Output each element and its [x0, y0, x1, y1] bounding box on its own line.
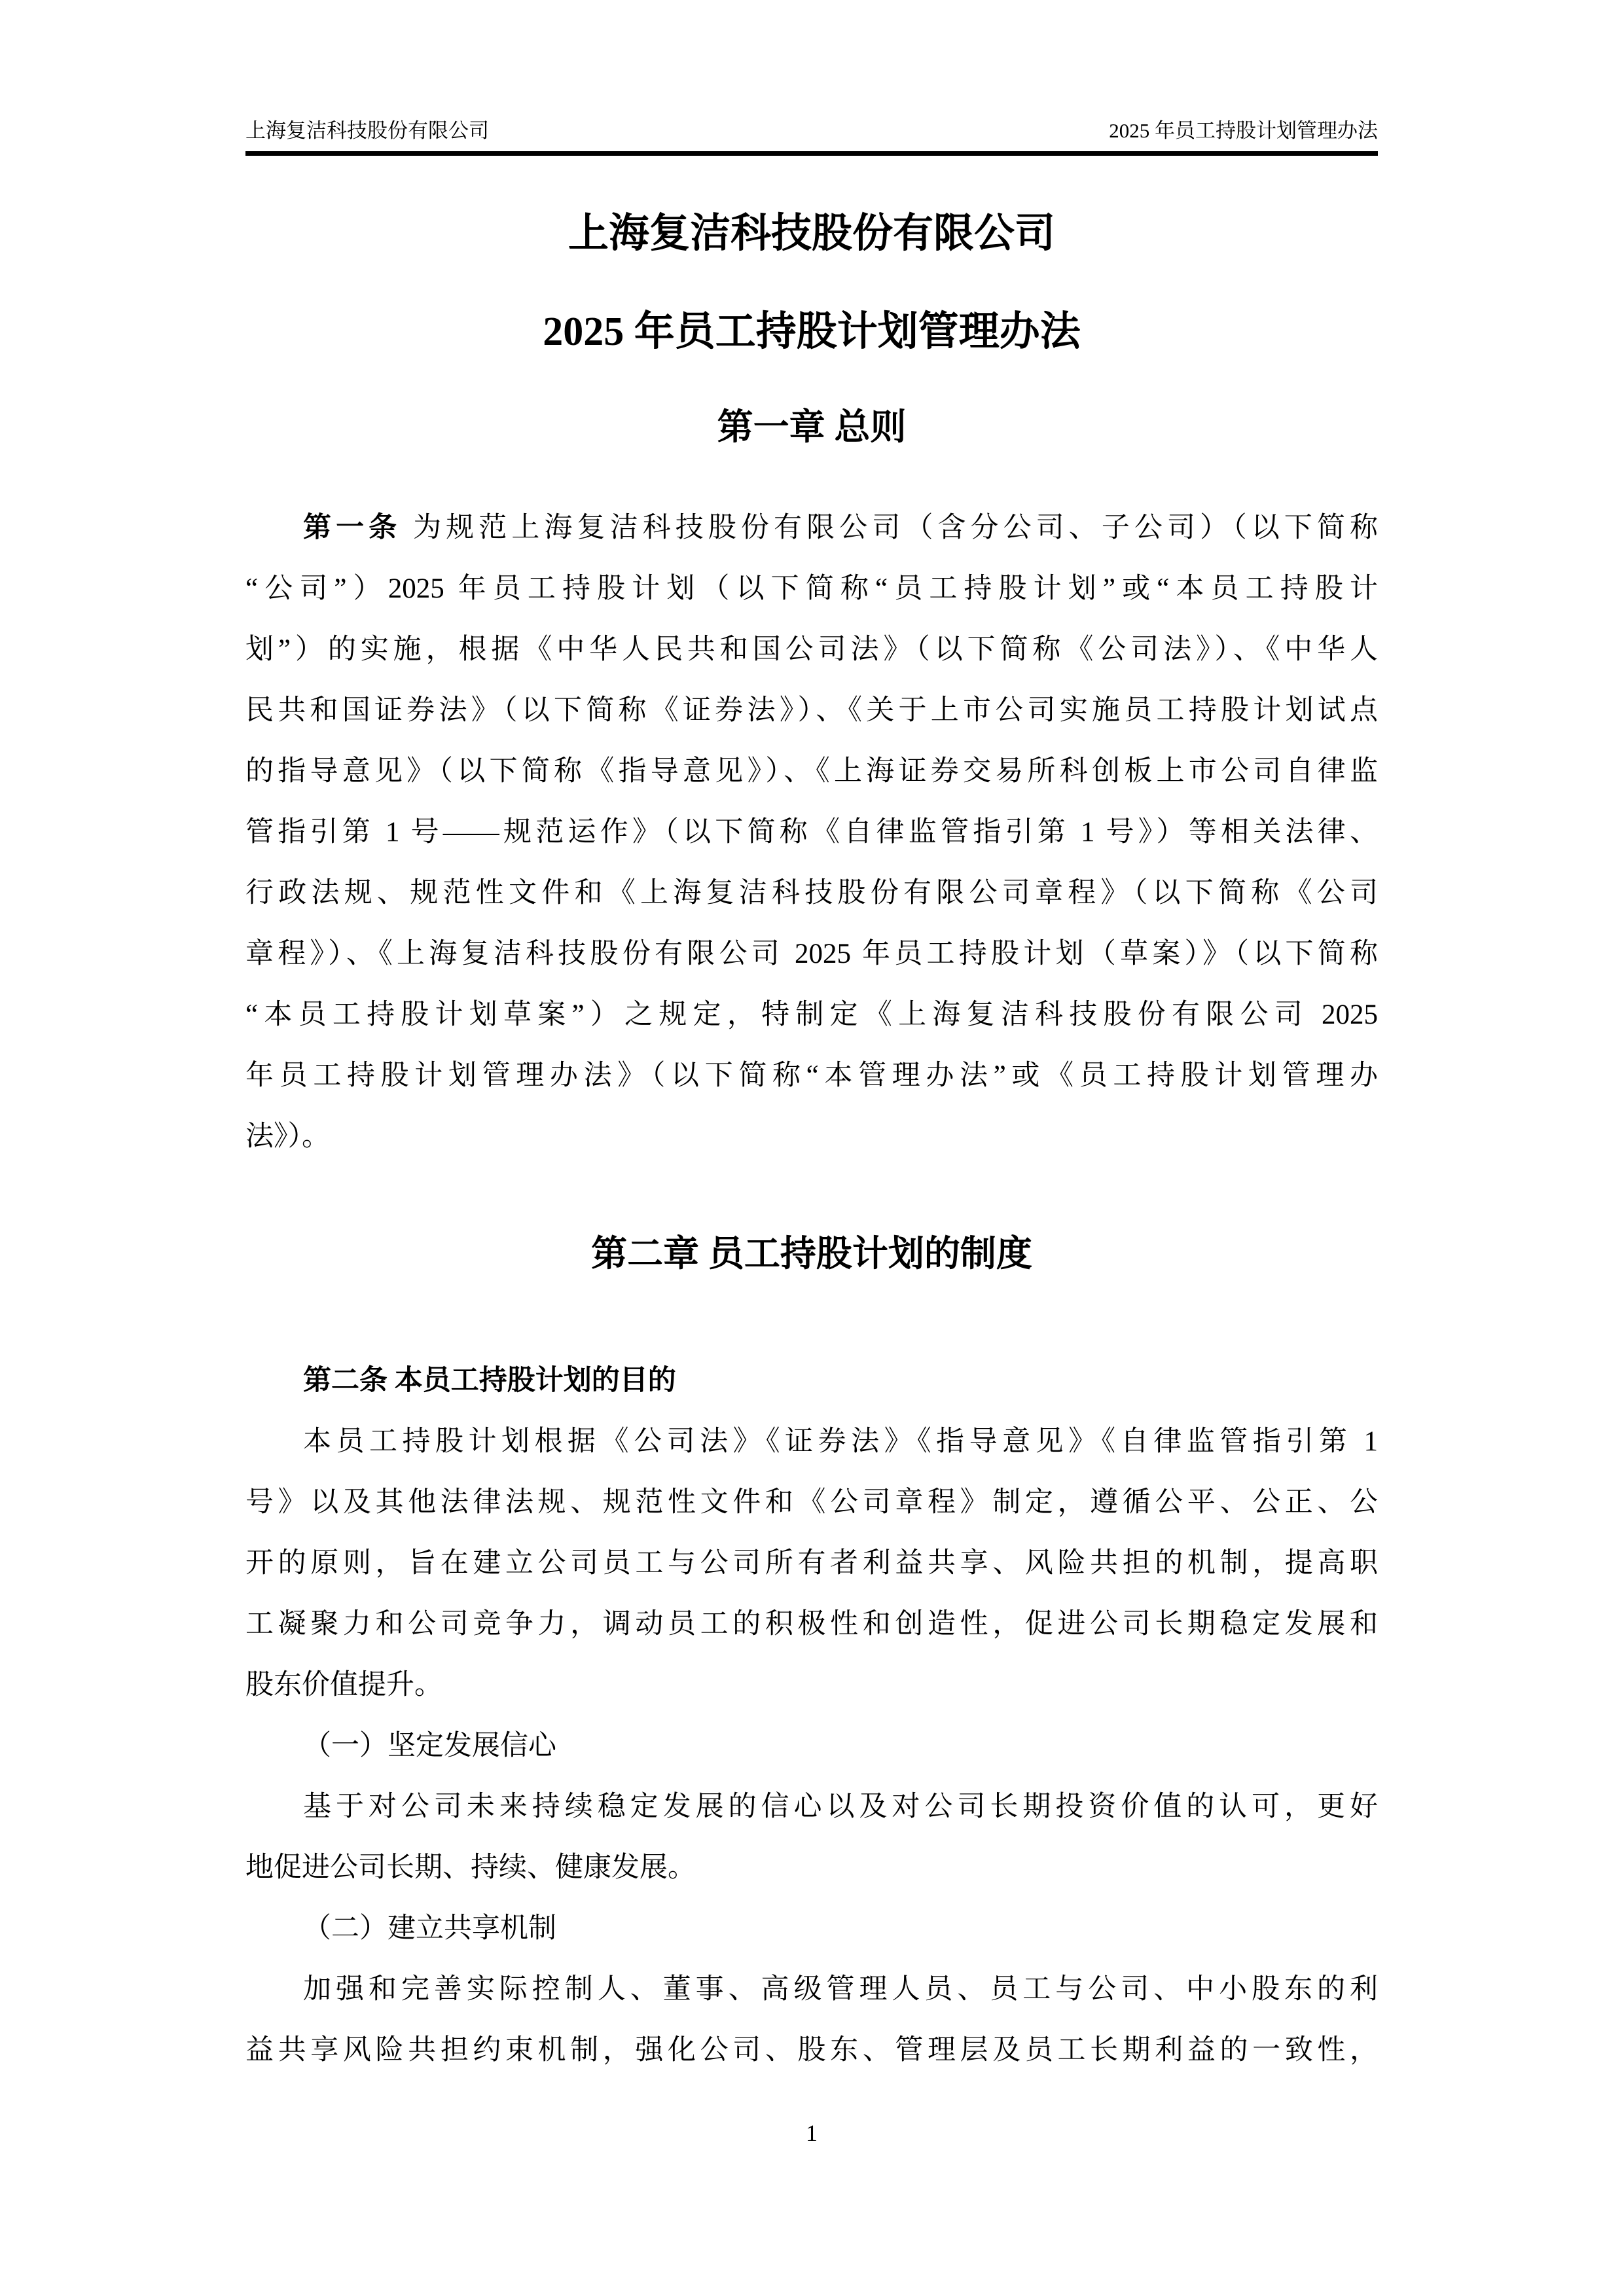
body-line: 法》）。 [245, 1106, 1378, 1167]
body-line: 划”）的实施，根据《中华人民共和国公司法》（以下简称《公司法》）、《中华人 [245, 619, 1378, 680]
body-line: 民共和国证券法》（以下简称《证券法》）、《关于上市公司实施员工持股计划试点 [245, 680, 1378, 741]
page-header: 上海复洁科技股份有限公司 2025 年员工持股计划管理办法 [245, 118, 1378, 143]
page-number: 1 [245, 2119, 1378, 2147]
doc-title-line1: 上海复洁科技股份有限公司 [245, 211, 1378, 257]
body-line: 年员工持股计划管理办法》（以下简称“本管理办法”或《员工持股计划管理办 [245, 1045, 1378, 1106]
body-line: 地促进公司长期、持续、健康发展。 [245, 1837, 1378, 1898]
body-line: “本员工持股计划草案”）之规定，特制定《上海复洁科技股份有限公司 2025 [245, 984, 1378, 1045]
chapter-heading: 第二章 员工持股计划的制度 [245, 1234, 1378, 1274]
body-line: 章程》）、《上海复洁科技股份有限公司 2025 年员工持股计划（草案）》（以下简… [245, 924, 1378, 984]
body-line: （一）坚定发展信心 [245, 1715, 1378, 1776]
body-line: 第一条 为规范上海复洁科技股份有限公司（含分公司、子公司）（以下简称 [245, 497, 1378, 558]
body-line: （二）建立共享机制 [245, 1898, 1378, 1959]
body-line: 行政法规、规范性文件和《上海复洁科技股份有限公司章程》（以下简称《公司 [245, 863, 1378, 924]
body-line: 本员工持股计划根据《公司法》《证券法》《指导意见》《自律监管指引第 1 [245, 1411, 1378, 1472]
body-line: 益共享风险共担约束机制，强化公司、股东、管理层及员工长期利益的一致性， [245, 2020, 1378, 2081]
body-line: 号》以及其他法律法规、规范性文件和《公司章程》制定，遵循公平、公正、公 [245, 1472, 1378, 1533]
header-doc-title: 2025 年员工持股计划管理办法 [1109, 118, 1378, 143]
header-divider [245, 151, 1378, 156]
body-line: 加强和完善实际控制人、董事、高级管理人员、员工与公司、中小股东的利 [245, 1959, 1378, 2020]
doc-title-line2: 2025 年员工持股计划管理办法 [245, 309, 1378, 355]
header-company-name: 上海复洁科技股份有限公司 [245, 118, 489, 143]
article-number: 第一条 [303, 512, 401, 543]
body-line: 管指引第 1 号——规范运作》（以下简称《自律监管指引第 1 号》）等相关法律、 [245, 802, 1378, 863]
body-line: 股东价值提升。 [245, 1655, 1378, 1715]
body-line: 工凝聚力和公司竞争力，调动员工的积极性和创造性，促进公司长期稳定发展和 [245, 1594, 1378, 1655]
content-flow: 上海复洁科技股份有限公司 2025 年员工持股计划管理办法 第一章 总则第一条 … [245, 156, 1378, 2081]
body-line: 基于对公司未来持续稳定发展的信心以及对公司长期投资价值的认可，更好 [245, 1776, 1378, 1837]
body-line: 开的原则，旨在建立公司员工与公司所有者利益共享、风险共担的机制，提高职 [245, 1533, 1378, 1594]
article-heading: 第二条 本员工持股计划的目的 [245, 1350, 1378, 1411]
document-page: 上海复洁科技股份有限公司 2025 年员工持股计划管理办法 上海复洁科技股份有限… [0, 0, 1624, 2296]
body-line: 的指导意见》（以下简称《指导意见》）、《上海证券交易所科创板上市公司自律监 [245, 741, 1378, 802]
chapter-heading: 第一章 总则 [245, 407, 1378, 448]
body-line: “公司”）2025 年员工持股计划（以下简称“员工持股计划”或“本员工持股计 [245, 558, 1378, 619]
body-line-text: 为规范上海复洁科技股份有限公司（含分公司、子公司）（以下简称 [401, 512, 1378, 543]
